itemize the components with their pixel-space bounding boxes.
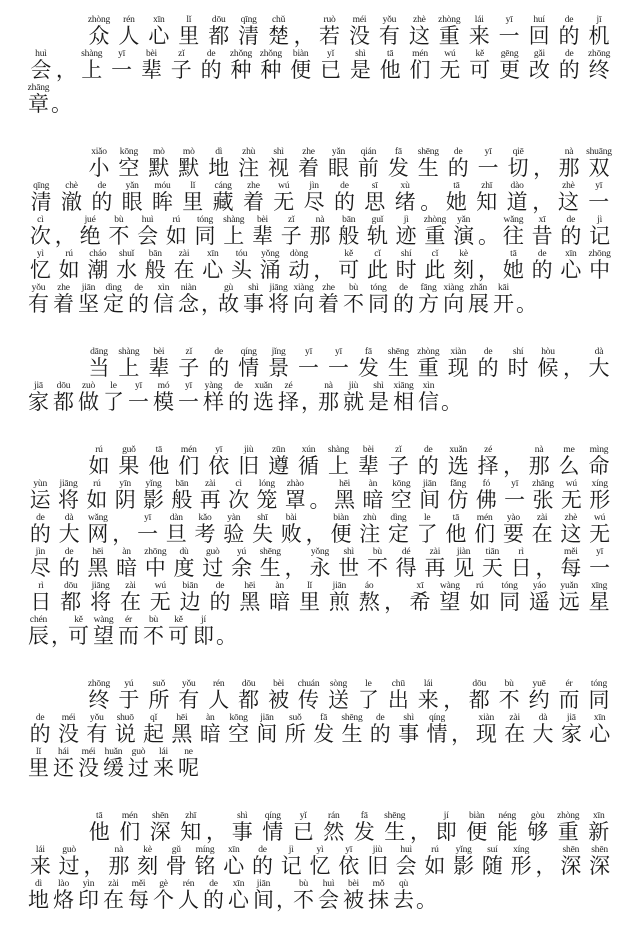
hanzi-character: 景 bbox=[264, 357, 294, 380]
punctuation-cell: ， bbox=[83, 844, 104, 878]
pinyin-annotation bbox=[51, 82, 66, 93]
hanzi-character: 现 bbox=[443, 357, 473, 380]
ruby-cell: yǒu有 bbox=[26, 282, 51, 316]
ruby-cell: de的 bbox=[196, 48, 226, 82]
hanzi-character: 铭 bbox=[191, 855, 220, 878]
hanzi-character: 么 bbox=[554, 455, 584, 478]
hanzi-character: ， bbox=[301, 391, 316, 414]
pinyin-annotation: shuāng bbox=[584, 146, 614, 157]
hanzi-character: 将 bbox=[54, 489, 82, 512]
ruby-cell: zhù注 bbox=[234, 146, 264, 180]
pinyin-annotation: kè bbox=[449, 248, 478, 259]
pinyin-annotation: zhe bbox=[316, 282, 341, 293]
hanzi-character: 都 bbox=[204, 25, 234, 48]
hanzi-character: 里 bbox=[178, 191, 208, 214]
hanzi-character: 来 bbox=[151, 757, 176, 780]
ruby-cell: lǐ里 bbox=[174, 14, 204, 48]
hanzi-character: 没 bbox=[54, 723, 82, 746]
pinyin-annotation: mò bbox=[174, 146, 204, 157]
pinyin-annotation: yǐ bbox=[288, 810, 319, 821]
ruby-cell: de的 bbox=[366, 712, 394, 746]
punctuation-cell: ， bbox=[478, 248, 499, 282]
hanzi-character: 那 bbox=[306, 225, 335, 248]
ruby-cell: shēng生 bbox=[256, 546, 285, 580]
ruby-cell: xīn新 bbox=[584, 810, 615, 844]
ruby-cell: mǒ抹 bbox=[366, 878, 391, 912]
pinyin-annotation: lái bbox=[464, 14, 494, 25]
ruby-cell: jiān间 bbox=[251, 878, 276, 912]
hanzi-character: 他 bbox=[442, 523, 471, 546]
ruby-cell: zhōng中 bbox=[141, 546, 170, 580]
pinyin-annotation: mǒ bbox=[366, 878, 391, 889]
hanzi-character: 家 bbox=[557, 723, 585, 746]
pinyin-annotation: tā bbox=[441, 180, 471, 191]
pinyin-annotation: yī bbox=[107, 48, 137, 59]
hanzi-character: 家 bbox=[26, 391, 51, 414]
pinyin-annotation: lǐ bbox=[26, 746, 51, 757]
ruby-cell: fā发 bbox=[353, 346, 383, 380]
ruby-cell: de的 bbox=[55, 546, 84, 580]
ruby-cell: yìn印 bbox=[76, 878, 101, 912]
hanzi-character: 潮 bbox=[83, 259, 112, 282]
ruby-cell: huì会 bbox=[392, 844, 421, 878]
hanzi-character: 清 bbox=[26, 191, 56, 214]
ruby-cell: qīng清 bbox=[26, 180, 56, 214]
pinyin-annotation: zhōng bbox=[585, 248, 614, 259]
pinyin-annotation bbox=[51, 614, 66, 625]
hanzi-character: ， bbox=[206, 821, 227, 844]
ruby-cell: dìng定 bbox=[384, 512, 413, 546]
hanzi-character: 着 bbox=[238, 191, 268, 214]
hanzi-character: ， bbox=[384, 591, 405, 614]
pinyin-annotation: chuán bbox=[294, 678, 324, 689]
ruby-cell: xī希 bbox=[405, 580, 435, 614]
hanzi-character: 定 bbox=[384, 523, 413, 546]
pinyin-annotation: qián bbox=[353, 146, 383, 157]
pinyin-annotation: mén bbox=[174, 444, 204, 455]
pinyin-annotation: zhe bbox=[51, 282, 76, 293]
hanzi-character: 暗 bbox=[265, 591, 295, 614]
ruby-cell: tā他 bbox=[84, 810, 115, 844]
pinyin-annotation: lào bbox=[51, 878, 76, 889]
ruby-cell: bèi辈 bbox=[248, 214, 277, 248]
hanzi-character: 再 bbox=[421, 557, 450, 580]
pinyin-annotation: jué bbox=[76, 214, 105, 225]
pinyin-annotation: ér bbox=[116, 614, 141, 625]
hanzi-character: 是 bbox=[345, 59, 375, 82]
pinyin-annotation: àn bbox=[265, 580, 295, 591]
pinyin-annotation: bèi bbox=[353, 444, 383, 455]
pinyin-annotation: wú bbox=[435, 48, 465, 59]
hanzi-character: 被 bbox=[341, 889, 366, 912]
ruby-cell: chè澈 bbox=[56, 180, 86, 214]
pinyin-annotation: rú bbox=[84, 444, 114, 455]
hanzi-character: 辈 bbox=[353, 455, 383, 478]
pinyin-annotation: guò bbox=[55, 844, 84, 855]
ruby-cell: chū出 bbox=[383, 678, 413, 712]
hanzi-character: 上 bbox=[324, 455, 354, 478]
ruby-cell: guǐ轨 bbox=[363, 214, 392, 248]
pinyin-annotation: kě bbox=[334, 248, 363, 259]
pinyin-annotation: zhǎn bbox=[466, 282, 491, 293]
ruby-cell: zài再 bbox=[196, 478, 224, 512]
ruby-cell: méi没 bbox=[76, 746, 101, 780]
hanzi-character: ， bbox=[443, 689, 464, 712]
pinyin-annotation: rén bbox=[176, 878, 201, 889]
hanzi-character: 将 bbox=[86, 591, 116, 614]
hanzi-character: 都 bbox=[234, 689, 264, 712]
ruby-cell: dìng定 bbox=[101, 282, 126, 316]
pinyin-annotation: de bbox=[55, 546, 84, 557]
ruby-cell: xù绪 bbox=[390, 180, 420, 214]
pinyin-annotation: de bbox=[366, 712, 394, 723]
ruby-cell: xīn心 bbox=[144, 14, 174, 48]
ruby-cell: zé择 bbox=[276, 380, 301, 414]
ruby-cell: xún循 bbox=[294, 444, 324, 478]
pinyin-annotation: de bbox=[87, 180, 117, 191]
pinyin-annotation: de bbox=[26, 712, 54, 723]
ruby-cell: zài在 bbox=[528, 512, 557, 546]
pinyin-annotation: jiù bbox=[234, 444, 264, 455]
hanzi-character: 辰 bbox=[26, 625, 51, 648]
pinyin-annotation: shuō bbox=[111, 712, 139, 723]
hanzi-character: 涌 bbox=[256, 259, 285, 282]
ruby-cell: nà那 bbox=[554, 146, 584, 180]
pinyin-annotation bbox=[478, 248, 499, 259]
hanzi-character: 里 bbox=[26, 757, 51, 780]
hanzi-character: 的 bbox=[554, 25, 584, 48]
pinyin-annotation: sòng bbox=[324, 678, 354, 689]
pinyin-annotation: bèi bbox=[264, 678, 294, 689]
ruby-cell: guò过 bbox=[198, 546, 227, 580]
pinyin-annotation: nà bbox=[104, 844, 133, 855]
pinyin-annotation: cháo bbox=[83, 248, 112, 259]
ruby-cell: de的 bbox=[554, 14, 584, 48]
hanzi-character: 忆 bbox=[26, 259, 55, 282]
pinyin-annotation: shēng bbox=[383, 346, 413, 357]
pinyin-annotation: shàng bbox=[324, 444, 354, 455]
pinyin-annotation: dà bbox=[529, 712, 557, 723]
pinyin-annotation: zǐ bbox=[174, 346, 204, 357]
hanzi-character: 深 bbox=[556, 855, 585, 878]
pinyin-annotation: zài bbox=[196, 478, 224, 489]
pinyin-annotation: kě bbox=[166, 614, 191, 625]
pinyin-annotation: chén bbox=[26, 614, 51, 625]
hanzi-character: 便 bbox=[327, 523, 356, 546]
ruby-cell: shēng生 bbox=[413, 146, 443, 180]
pinyin-annotation: zhè bbox=[556, 512, 585, 523]
hanzi-character: 被 bbox=[264, 689, 294, 712]
ruby-cell: fǎng仿 bbox=[444, 478, 472, 512]
ruby-cell: xíng形 bbox=[507, 844, 536, 878]
pinyin-annotation: jiān bbox=[76, 282, 101, 293]
ruby-cell: lǐ里 bbox=[178, 180, 208, 214]
hanzi-character: 送 bbox=[324, 689, 354, 712]
pinyin-annotation: jí bbox=[431, 810, 462, 821]
hanzi-character: 知 bbox=[176, 821, 207, 844]
hanzi-character: 大 bbox=[584, 357, 614, 380]
ruby-cell: dà大 bbox=[529, 712, 557, 746]
punctuation-cell: ， bbox=[451, 712, 472, 746]
hanzi-character: ， bbox=[535, 557, 556, 580]
hanzi-character: 仿 bbox=[444, 489, 472, 512]
hanzi-character: 的 bbox=[473, 357, 503, 380]
ruby-cell: zǐ子 bbox=[383, 444, 413, 478]
hanzi-character: 无 bbox=[435, 59, 465, 82]
pinyin-annotation: shēng bbox=[413, 146, 443, 157]
pinyin-annotation: wú bbox=[269, 180, 299, 191]
ruby-cell: àn暗 bbox=[112, 546, 141, 580]
pinyin-annotation bbox=[55, 214, 76, 225]
pinyin-annotation: qù bbox=[391, 878, 416, 889]
hanzi-character: 重 bbox=[413, 357, 443, 380]
hanzi-character: ， bbox=[532, 191, 553, 214]
ruby-cell: jí即 bbox=[431, 810, 462, 844]
hanzi-character: 默 bbox=[174, 157, 204, 180]
ruby-cell: fā发 bbox=[309, 712, 337, 746]
hanzi-character: 一 bbox=[584, 191, 614, 214]
hanzi-character: 佛 bbox=[472, 489, 500, 512]
ruby-cell: áo熬 bbox=[354, 580, 384, 614]
hanzi-character: 样 bbox=[201, 391, 226, 414]
hanzi-character: 默 bbox=[144, 157, 174, 180]
ruby-cell: tóng同 bbox=[495, 580, 525, 614]
hanzi-character: 将 bbox=[266, 293, 291, 316]
ruby-cell: shēng生 bbox=[380, 810, 411, 844]
pinyin-annotation: dì bbox=[26, 878, 51, 889]
pinyin-annotation: biàn bbox=[286, 48, 316, 59]
ruby-cell: móu眸 bbox=[147, 180, 177, 214]
hanzi-character: 约 bbox=[524, 689, 554, 712]
hanzi-character: 小 bbox=[84, 157, 114, 180]
pinyin-annotation: qīng bbox=[26, 180, 56, 191]
text-line: yǒu有zhe着jiān坚dìng定de的xìn信niàn念，gù故shì事ji… bbox=[26, 282, 614, 316]
hanzi-character: 眼 bbox=[117, 191, 147, 214]
ruby-cell: xiǎo小 bbox=[84, 146, 114, 180]
pinyin-annotation: yǒu bbox=[83, 712, 111, 723]
hanzi-character: 改 bbox=[525, 59, 555, 82]
ruby-cell: lào烙 bbox=[51, 878, 76, 912]
punctuation-cell: 。 bbox=[441, 380, 456, 414]
ruby-cell: shàng上 bbox=[219, 214, 248, 248]
hanzi-character: 此 bbox=[363, 259, 392, 282]
pinyin-annotation: dù bbox=[170, 546, 199, 557]
pinyin-annotation bbox=[216, 614, 231, 625]
pinyin-annotation: qiē bbox=[503, 146, 533, 157]
hanzi-character: 永 bbox=[306, 557, 335, 580]
pinyin-annotation: de bbox=[413, 444, 443, 455]
hanzi-character: 了 bbox=[353, 689, 383, 712]
hanzi-character: 望 bbox=[91, 625, 116, 648]
hanzi-character: 起 bbox=[139, 723, 167, 746]
ruby-cell: rú如 bbox=[83, 478, 111, 512]
hanzi-character: 无 bbox=[557, 489, 585, 512]
hanzi-character: 次 bbox=[224, 489, 252, 512]
hanzi-character: 里 bbox=[174, 25, 204, 48]
indent-spacer bbox=[26, 810, 84, 844]
hanzi-character: 重 bbox=[421, 225, 450, 248]
ruby-cell: rú如 bbox=[84, 444, 114, 478]
ruby-cell: nà那 bbox=[306, 214, 335, 248]
hanzi-character: ， bbox=[285, 557, 306, 580]
pinyin-annotation: dōu bbox=[204, 14, 234, 25]
hanzi-character: 迹 bbox=[392, 225, 421, 248]
hanzi-character: 即 bbox=[191, 625, 216, 648]
hanzi-character: ， bbox=[563, 357, 584, 380]
pinyin-annotation: sī bbox=[360, 180, 390, 191]
hanzi-character: 事 bbox=[227, 821, 258, 844]
hanzi-character: 心 bbox=[219, 855, 248, 878]
hanzi-character: 黑 bbox=[235, 591, 265, 614]
ruby-cell: bù不 bbox=[291, 878, 316, 912]
ruby-cell: shēn深 bbox=[585, 844, 614, 878]
hanzi-character: 往 bbox=[499, 225, 528, 248]
pinyin-annotation: lái bbox=[151, 746, 176, 757]
ruby-cell: lái来 bbox=[464, 14, 494, 48]
ruby-cell: měi每 bbox=[556, 546, 585, 580]
ruby-cell: wú无 bbox=[435, 48, 465, 82]
pinyin-annotation: zài bbox=[528, 512, 557, 523]
pinyin-annotation: dé bbox=[392, 546, 421, 557]
hanzi-character: 。 bbox=[441, 391, 456, 414]
pinyin-annotation: xīn bbox=[586, 712, 614, 723]
hanzi-character: 的 bbox=[528, 259, 557, 282]
pinyin-annotation: zài bbox=[116, 580, 146, 591]
pinyin-annotation: de bbox=[556, 214, 585, 225]
pinyin-annotation: tā bbox=[499, 248, 528, 259]
hanzi-character: 子 bbox=[174, 357, 204, 380]
ruby-cell: suǒ所 bbox=[281, 712, 309, 746]
pinyin-annotation: zhāng bbox=[529, 478, 557, 489]
hanzi-character: 子 bbox=[277, 225, 306, 248]
ruby-cell: mén们 bbox=[115, 810, 146, 844]
hanzi-character: 澈 bbox=[56, 191, 86, 214]
hanzi-character: 信 bbox=[151, 293, 176, 316]
hanzi-character: ， bbox=[410, 821, 431, 844]
pinyin-annotation: kōng bbox=[387, 478, 415, 489]
hanzi-character: 水 bbox=[112, 259, 141, 282]
ruby-cell: huì会 bbox=[26, 48, 56, 82]
pinyin-annotation: shì bbox=[334, 546, 363, 557]
ruby-cell: bù不 bbox=[141, 614, 166, 648]
hanzi-character: 熬 bbox=[354, 591, 384, 614]
ruby-cell: zhī知 bbox=[176, 810, 207, 844]
hanzi-character: 重 bbox=[434, 25, 464, 48]
ruby-cell: hòu候 bbox=[533, 346, 563, 380]
ruby-cell: yùn运 bbox=[26, 478, 54, 512]
ruby-cell: chǔ楚 bbox=[264, 14, 294, 48]
ruby-cell: rú如 bbox=[162, 214, 191, 248]
ruby-cell: zài在 bbox=[170, 248, 199, 282]
hanzi-character: ， bbox=[55, 225, 76, 248]
ruby-cell: ne呢 bbox=[176, 746, 201, 780]
text-line: yì忆rú如cháo潮shuǐ水bān般zài在xīn心tóu头yǒng涌dòn… bbox=[26, 248, 614, 282]
pinyin-annotation: qíng bbox=[423, 712, 451, 723]
pinyin-annotation: wú bbox=[145, 580, 175, 591]
hanzi-character: 的 bbox=[443, 157, 473, 180]
ruby-cell: shēn深 bbox=[145, 810, 176, 844]
ruby-cell: de的 bbox=[528, 248, 557, 282]
ruby-cell: rú如 bbox=[55, 248, 84, 282]
ruby-cell: wú无 bbox=[585, 512, 614, 546]
pinyin-annotation: lǐ bbox=[174, 14, 204, 25]
ruby-cell: jiāng将 bbox=[54, 478, 82, 512]
ruby-cell: zhōng终 bbox=[84, 678, 114, 712]
pinyin-annotation: zhōng bbox=[84, 678, 114, 689]
ruby-cell: tā她 bbox=[441, 180, 471, 214]
hanzi-character: ， bbox=[294, 25, 315, 48]
pinyin-annotation: xī bbox=[405, 580, 435, 591]
hanzi-character: 双 bbox=[584, 157, 614, 180]
ruby-cell: dòng动 bbox=[285, 248, 314, 282]
ruby-cell: le了 bbox=[413, 512, 442, 546]
pinyin-annotation: yī bbox=[585, 546, 614, 557]
ruby-cell: qù去 bbox=[391, 878, 416, 912]
hanzi-character: 上 bbox=[219, 225, 248, 248]
pinyin-annotation: jī bbox=[584, 14, 614, 25]
hanzi-character: 的 bbox=[366, 723, 394, 746]
hanzi-character: 运 bbox=[26, 489, 54, 512]
pinyin-annotation: àn bbox=[196, 712, 224, 723]
ruby-cell: xiàn现 bbox=[443, 346, 473, 380]
pinyin-annotation: yùn bbox=[26, 478, 54, 489]
pinyin-annotation: yī bbox=[584, 180, 614, 191]
ruby-cell: yī一 bbox=[294, 346, 324, 380]
text-line: huì会，shàng上yī一bèi辈zǐ子de的zhǒng种zhǒng种biàn… bbox=[26, 48, 614, 82]
pinyin-annotation: hái bbox=[51, 746, 76, 757]
hanzi-character: 头 bbox=[227, 259, 256, 282]
hanzi-character: 印 bbox=[76, 889, 101, 912]
pinyin-annotation: jìn bbox=[299, 180, 329, 191]
hanzi-character: 们 bbox=[115, 821, 146, 844]
hanzi-character: 会 bbox=[133, 225, 162, 248]
pinyin-annotation: rú bbox=[421, 844, 450, 855]
pinyin-annotation: cáng bbox=[208, 180, 238, 191]
pinyin-annotation: xìn bbox=[151, 282, 176, 293]
hanzi-character: 一 bbox=[107, 59, 137, 82]
hanzi-character: 依 bbox=[204, 455, 234, 478]
pinyin-annotation: shì bbox=[227, 810, 258, 821]
ruby-cell: mó模 bbox=[151, 380, 176, 414]
hanzi-character: 昔 bbox=[528, 225, 557, 248]
pinyin-annotation: yǒu bbox=[374, 14, 404, 25]
pinyin-annotation: tóng bbox=[366, 282, 391, 293]
pinyin-annotation: wǎng bbox=[499, 214, 528, 225]
hanzi-character: 的 bbox=[556, 225, 585, 248]
ruby-cell: zhǒng种 bbox=[256, 48, 286, 82]
hanzi-character: 她 bbox=[499, 259, 528, 282]
pinyin-annotation: xiàn bbox=[443, 346, 473, 357]
ruby-cell: shì视 bbox=[264, 146, 294, 180]
hanzi-character: 她 bbox=[441, 191, 471, 214]
ruby-cell: shī失 bbox=[248, 512, 277, 546]
pinyin-annotation: le bbox=[101, 380, 126, 391]
ruby-cell: yī一 bbox=[584, 180, 614, 214]
hanzi-character: 。 bbox=[478, 225, 499, 248]
ruby-cell: biàn便 bbox=[462, 810, 493, 844]
pinyin-annotation: yàng bbox=[201, 380, 226, 391]
ruby-cell: zhe着 bbox=[316, 282, 341, 316]
pinyin-annotation bbox=[451, 712, 472, 723]
pinyin-annotation bbox=[416, 878, 431, 889]
ruby-cell: zhù注 bbox=[355, 512, 384, 546]
pinyin-annotation: rú bbox=[83, 478, 111, 489]
hanzi-character: 眼 bbox=[324, 157, 354, 180]
ruby-cell: yǎn演 bbox=[449, 214, 478, 248]
ruby-cell: lái来 bbox=[151, 746, 176, 780]
hanzi-character: 情 bbox=[234, 357, 264, 380]
hanzi-character: 间 bbox=[253, 723, 281, 746]
